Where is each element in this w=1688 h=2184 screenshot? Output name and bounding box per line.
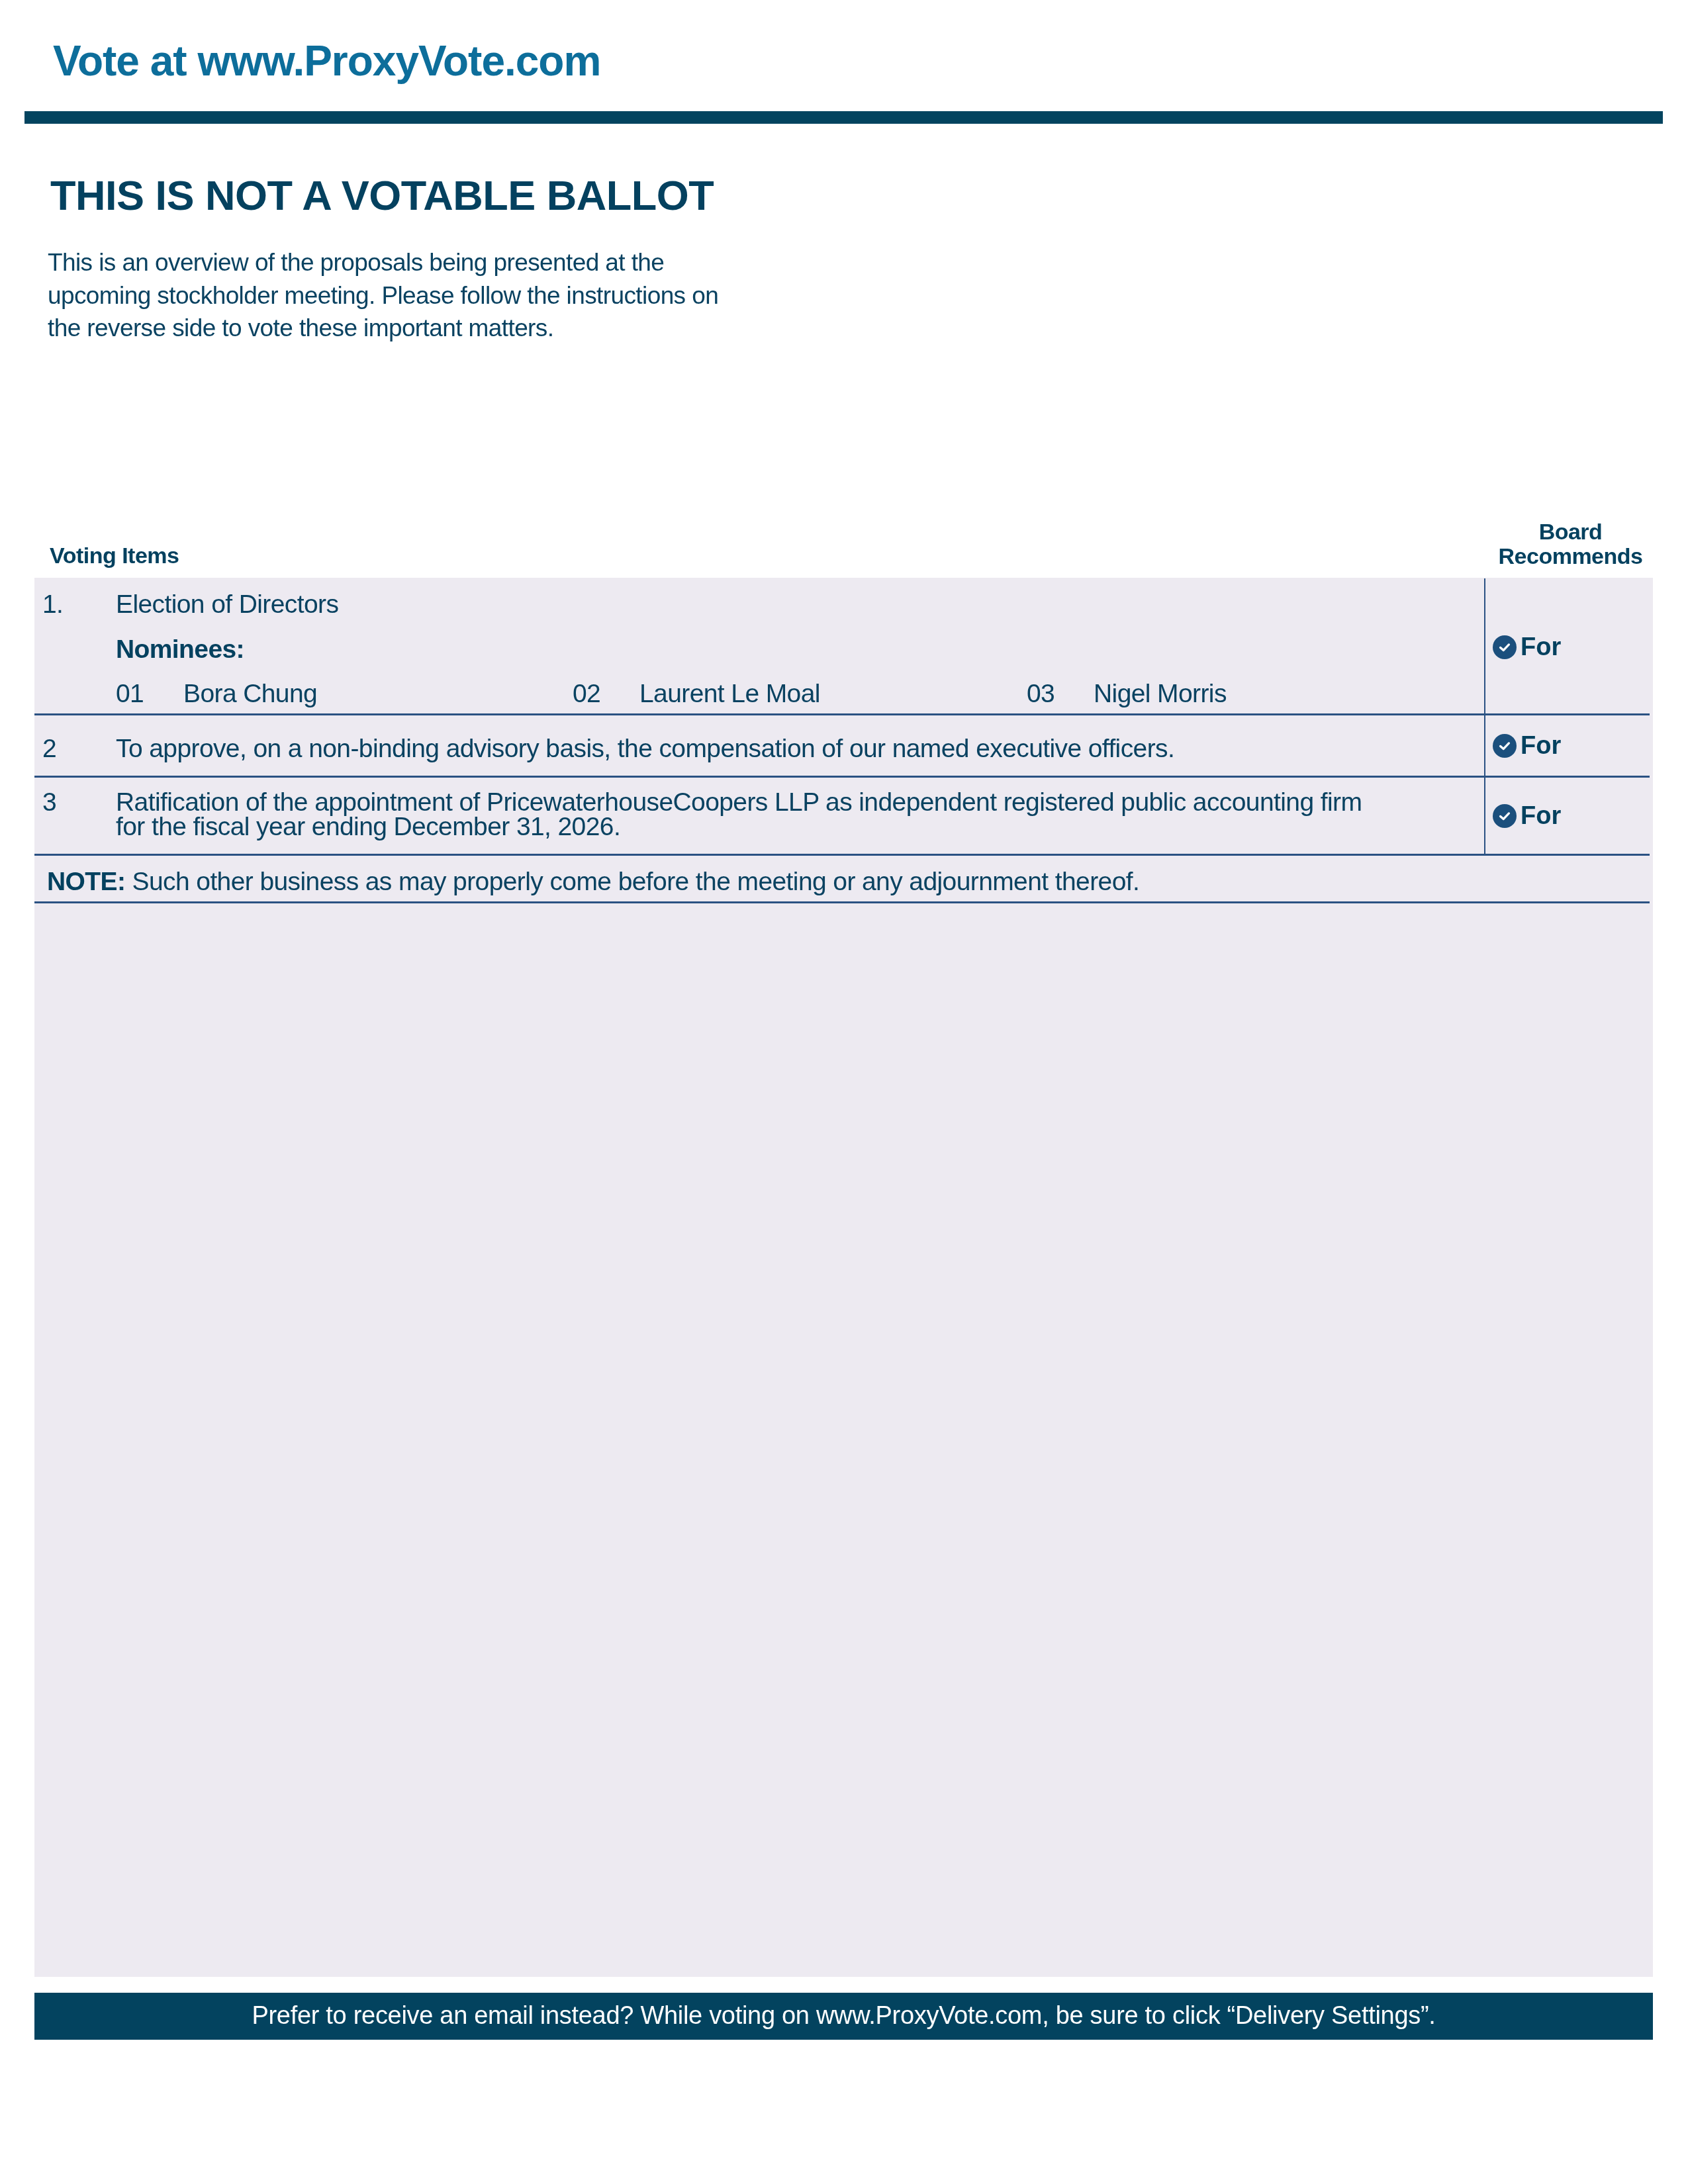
intro-line: upcoming stockholder meeting. Please fol… xyxy=(48,279,908,312)
row-separator xyxy=(34,776,1650,778)
board-recommendation: For xyxy=(1493,801,1561,831)
nominee-name: Laurent Le Moal xyxy=(639,680,820,709)
board-recommendation: For xyxy=(1493,633,1561,662)
board-recommendation: For xyxy=(1493,731,1561,760)
item-number: 3 xyxy=(42,788,56,817)
nominee-number: 01 xyxy=(116,680,144,709)
page-title: THIS IS NOT A VOTABLE BALLOT xyxy=(50,172,714,220)
note-label: NOTE: xyxy=(47,868,125,896)
voting-items-header: Voting Items xyxy=(50,544,179,569)
intro-line: the reverse side to vote these important… xyxy=(48,312,908,345)
header-divider xyxy=(24,111,1663,124)
nominee-number: 02 xyxy=(573,680,600,709)
recommendation-label: For xyxy=(1521,731,1561,760)
item-number: 2 xyxy=(42,735,56,764)
check-circle-icon xyxy=(1493,804,1517,828)
check-circle-icon xyxy=(1493,635,1517,659)
recommendation-label: For xyxy=(1521,801,1561,831)
item-number: 1. xyxy=(42,590,63,619)
recommendation-column-divider xyxy=(1484,578,1485,854)
row-separator xyxy=(34,854,1650,856)
recommendation-label: For xyxy=(1521,633,1561,662)
item-description: To approve, on a non-binding advisory ba… xyxy=(116,735,1174,764)
intro-line: This is an overview of the proposals bei… xyxy=(48,246,908,279)
site-title-link[interactable]: Vote at www.ProxyVote.com xyxy=(53,37,600,85)
item-description-line: for the fiscal year ending December 31, … xyxy=(116,813,620,842)
item-title: Election of Directors xyxy=(116,590,338,619)
nominee-number: 03 xyxy=(1027,680,1055,709)
intro-paragraph: This is an overview of the proposals bei… xyxy=(48,246,908,345)
board-header-line2: Recommends xyxy=(1489,545,1652,569)
nominee-name: Bora Chung xyxy=(183,680,317,709)
board-recommends-header: Board Recommends xyxy=(1489,520,1652,569)
note-text: Such other business as may properly come… xyxy=(125,868,1139,896)
row-separator xyxy=(34,901,1650,903)
check-circle-icon xyxy=(1493,734,1517,758)
row-separator xyxy=(34,713,1650,715)
note-row: NOTE: Such other business as may properl… xyxy=(47,868,1139,897)
nominee-name: Nigel Morris xyxy=(1094,680,1227,709)
nominees-label: Nominees: xyxy=(116,635,244,664)
board-header-line1: Board xyxy=(1489,520,1652,545)
email-delivery-banner: Prefer to receive an email instead? Whil… xyxy=(34,1993,1653,2040)
